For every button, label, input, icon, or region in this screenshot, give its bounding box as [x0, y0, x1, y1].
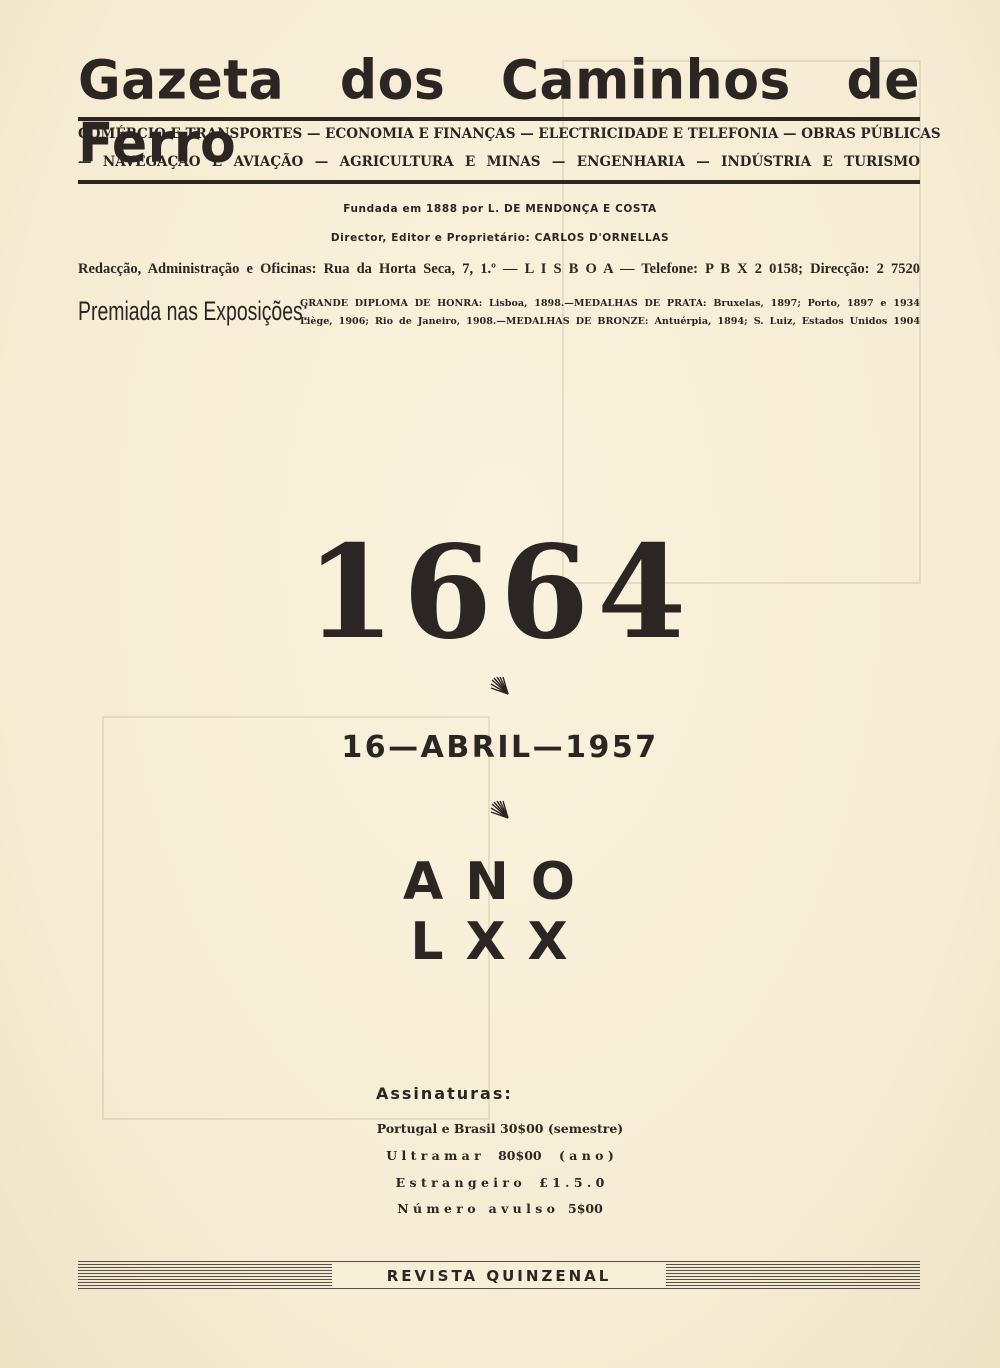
awards-label: Premiada nas Exposições: — [78, 296, 308, 327]
issue-date: 16—ABRIL—1957 — [300, 730, 700, 765]
magazine-cover-page: Gazeta dos Caminhos de Ferro COMÉRCIO E … — [0, 0, 1000, 1368]
topics-line-1: COMÉRCIO E TRANSPORTES — ECONOMIA E FINA… — [78, 126, 920, 142]
masthead-rule-bottom — [78, 180, 920, 184]
address-line: Redacção, Administração e Oficinas: Rua … — [78, 261, 920, 278]
subscription-row: E s t r a n g e i r o £ 1 . 5 . 0 — [0, 1175, 1000, 1190]
subscription-row: Portugal e Brasil 30$00 (semestre) — [0, 1121, 1000, 1136]
founded-credit: Fundada em 1888 por L. DE MENDONÇA E COS… — [0, 203, 1000, 215]
fan-ornament-icon — [490, 676, 512, 696]
masthead-rule-top — [78, 117, 920, 121]
awards-line-1: GRANDE DIPLOMA DE HONRA: Lisboa, 1898.—M… — [300, 298, 920, 309]
topics-line-2: — NAVEGAÇÃO E AVIAÇÃO — AGRICULTURA E MI… — [78, 154, 920, 170]
issue-year: ANO LXX — [300, 852, 700, 972]
subscription-row: U l t r a m a r 80$00 ( a n o ) — [0, 1148, 1000, 1163]
footer-label: REVISTA QUINZENAL — [332, 1264, 666, 1288]
awards-line-2: Liège, 1906; Rio de Janeiro, 1908.—MEDAL… — [300, 316, 920, 327]
subscription-row: N ú m e r o a v u l s o 5$00 — [0, 1201, 1000, 1216]
director-credit: Director, Editor e Proprietário: CARLOS … — [0, 232, 1000, 244]
subscriptions-title: Assinaturas: — [376, 1084, 513, 1103]
issue-number: 1664 — [300, 528, 700, 658]
fan-ornament-icon — [490, 800, 512, 820]
